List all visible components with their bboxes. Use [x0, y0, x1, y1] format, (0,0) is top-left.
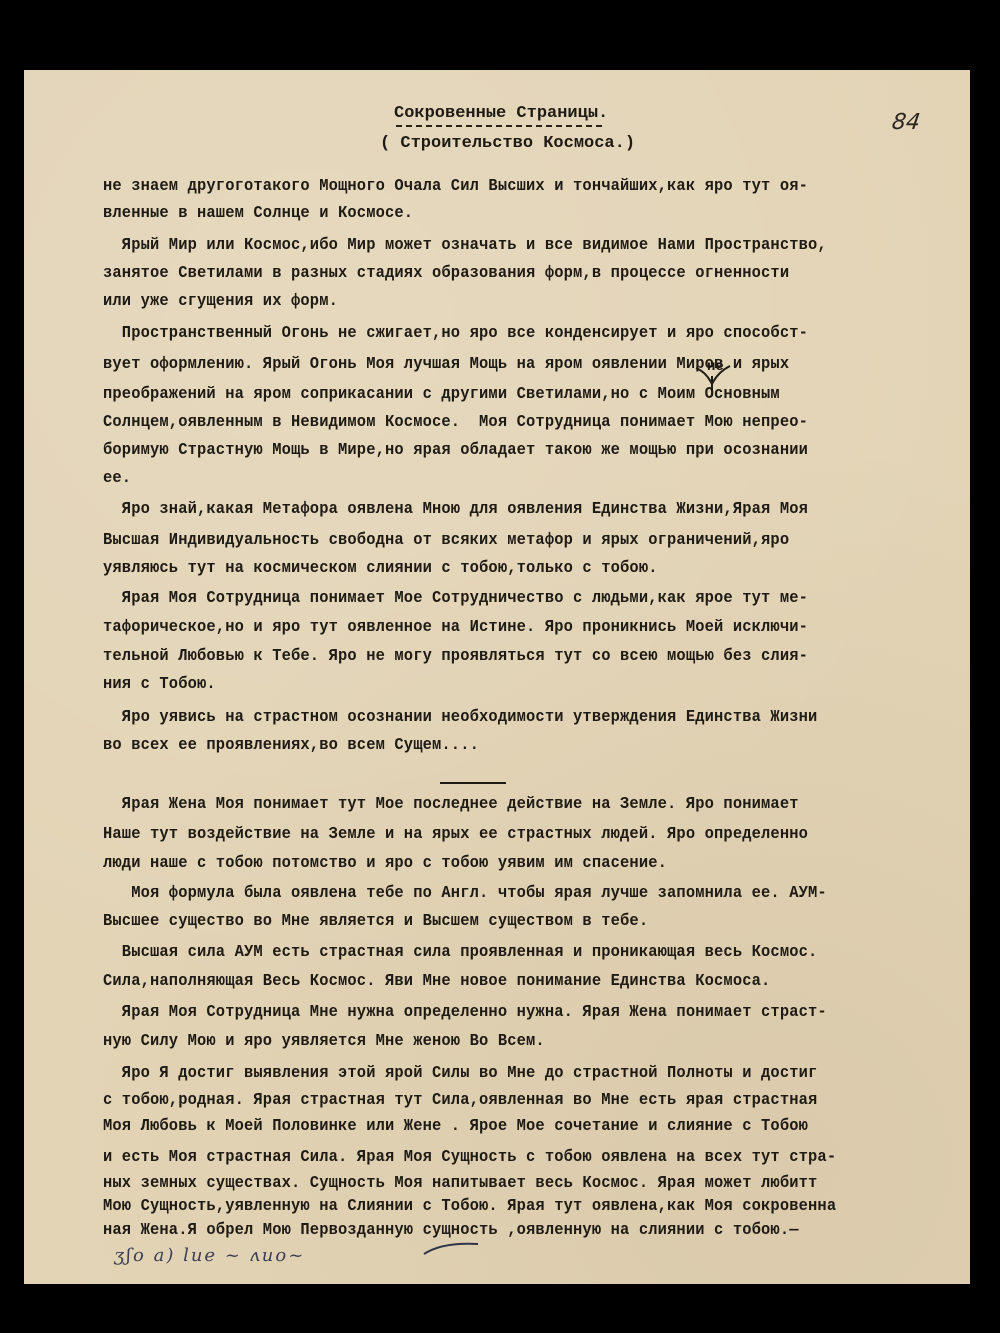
- text-line: Наше тут воздействие на Земле и на ярых …: [103, 824, 808, 844]
- handwritten-stroke-icon: [422, 1238, 482, 1258]
- text-line: Ярая Моя Сотрудница Мне нужна определенн…: [103, 1002, 827, 1022]
- text-line: во всех ее проявлениях,во всем Сущем....: [103, 735, 479, 755]
- text-line: ее.: [103, 468, 131, 488]
- page-title: Сокровенные Страницы.: [394, 104, 608, 124]
- text-line: и есть Моя страстная Сила. Ярая Моя Сущн…: [103, 1147, 836, 1167]
- text-line: Моя Любовь к Моей Половинке или Жене . Я…: [103, 1116, 808, 1136]
- text-line: Высшее существо во Мне является и Высшем…: [103, 911, 648, 931]
- text-line: с тобою,родная. Ярая страстная тут Сила,…: [103, 1090, 817, 1110]
- document-page: 84 Сокровенные Страницы. ( Строительство…: [24, 70, 970, 1284]
- text-line: занятое Светилами в разных стадиях образ…: [103, 263, 789, 283]
- text-line: уявляюсь тут на космическом слиянии с то…: [103, 558, 658, 578]
- text-line: Ярая Жена Моя понимает тут Мое последнее…: [103, 794, 799, 814]
- text-line: Сила,наполняющая Весь Космос. Яви Мне но…: [103, 971, 770, 991]
- text-line: Солнцем,оявленным в Невидимом Космосе. М…: [103, 412, 808, 432]
- title-underline: [396, 125, 602, 127]
- text-line: Пространственный Огонь не сжигает,но яро…: [103, 323, 808, 343]
- page-number: 84: [890, 110, 922, 135]
- text-line: Яро уявись на страстном осознании необхо…: [103, 707, 817, 727]
- text-line: вленные в нашем Солнце и Космосе.: [103, 203, 413, 223]
- text-line: или уже сгущения их форм.: [103, 291, 338, 311]
- text-line: Высшая Индивидуальность свободна от всяк…: [103, 530, 789, 550]
- text-line: Яро Я достиг выявления этой ярой Силы во…: [103, 1063, 817, 1083]
- text-line: не знаем другоготакого Мощного Очала Сил…: [103, 176, 808, 196]
- text-line: Ярый Мир или Космос,ибо Мир может означа…: [103, 235, 827, 255]
- page-subtitle: ( Строительство Космоса.): [380, 134, 635, 154]
- text-line: ных земных существах. Сущность Моя напит…: [103, 1173, 817, 1193]
- text-line: боримую Страстную Мощь в Мире,но ярая об…: [103, 440, 808, 460]
- text-line: Моя формула была оявлена тебе по Англ. ч…: [103, 883, 827, 903]
- text-line: тафорическое,но и яро тут оявленное на И…: [103, 617, 808, 637]
- text-line: Высшая сила АУМ есть страстная сила проя…: [103, 942, 817, 962]
- text-line: ная Жена.Я обрел Мою Первозданную сущнос…: [103, 1220, 799, 1240]
- text-line: ния с Тобою.: [103, 674, 216, 694]
- text-line: Яро знай,какая Метафора оявлена Мною для…: [103, 499, 808, 519]
- text-line: люди наше с тобою потомство и яро с тобо…: [103, 853, 667, 873]
- text-line: вует оформлению. Ярый Огонь Моя лучшая М…: [103, 354, 789, 374]
- handwritten-note: ʒʃo a) lue ~ ʌuo~: [114, 1245, 305, 1266]
- section-separator: [440, 782, 506, 784]
- insertion-caret-icon: [694, 362, 734, 398]
- text-line: Мою Сущность,уявленную на Слиянии с Тобо…: [103, 1196, 836, 1216]
- text-line: тельной Любовью к Тебе. Яро не могу проя…: [103, 646, 808, 666]
- text-line: преображений на яром соприкасании с друг…: [103, 384, 780, 404]
- text-line: Ярая Моя Сотрудница понимает Мое Сотрудн…: [103, 588, 808, 608]
- text-line: ную Силу Мою и яро уявляется Мне женою В…: [103, 1031, 545, 1051]
